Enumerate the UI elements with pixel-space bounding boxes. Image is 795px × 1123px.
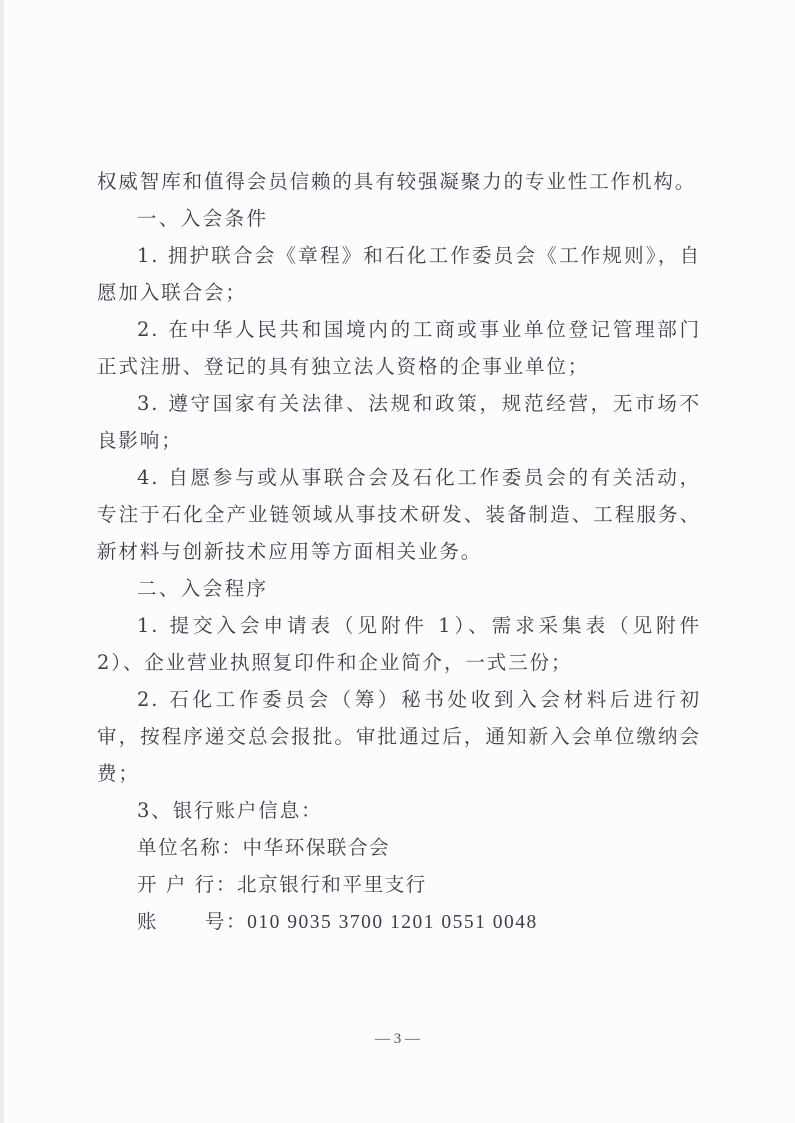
- bank-branch-value: 北京银行和平里支行: [237, 873, 427, 896]
- page-number: — 3 —: [0, 1031, 795, 1048]
- document-body: 权威智库和值得会员信赖的具有较强凝聚力的专业性工作机构。 一、入会条件 1. 拥…: [97, 163, 701, 941]
- bank-info-account: 账 号：010 9035 3700 1201 0551 0048: [97, 903, 701, 941]
- procedure-item-2: 2. 石化工作委员会（筹）秘书处收到入会材料后进行初审，按程序递交总会报批。审批…: [97, 681, 701, 792]
- bank-unit-name-label: 单位名称：: [137, 836, 243, 859]
- bank-branch-label: 开 户 行：: [137, 873, 237, 896]
- bank-info-unit-name: 单位名称：中华环保联合会: [97, 829, 701, 866]
- condition-item-4: 4. 自愿参与或从事联合会及石化工作委员会的有关活动，专注于石化全产业链领域从事…: [97, 459, 701, 570]
- bank-unit-name-value: 中华环保联合会: [243, 836, 391, 859]
- bank-account-label: 账 号：: [137, 910, 247, 933]
- section-heading-membership-procedure: 二、入会程序: [97, 570, 701, 607]
- condition-item-2: 2. 在中华人民共和国境内的工商或事业单位登记管理部门正式注册、登记的具有独立法…: [97, 311, 701, 385]
- section-heading-membership-conditions: 一、入会条件: [97, 200, 701, 237]
- procedure-item-1: 1. 提交入会申请表（见附件 1）、需求采集表（见附件 2）、企业营业执照复印件…: [97, 607, 701, 681]
- condition-item-1: 1. 拥护联合会《章程》和石化工作委员会《工作规则》，自愿加入联合会；: [97, 237, 701, 311]
- page-edge-shadow: [0, 0, 4, 1123]
- document-page: 权威智库和值得会员信赖的具有较强凝聚力的专业性工作机构。 一、入会条件 1. 拥…: [0, 0, 795, 1123]
- bank-info-bank: 开 户 行：北京银行和平里支行: [97, 866, 701, 903]
- intro-paragraph-tail: 权威智库和值得会员信赖的具有较强凝聚力的专业性工作机构。: [97, 163, 701, 200]
- procedure-item-3: 3、银行账户信息：: [97, 792, 701, 829]
- bank-account-number: 010 9035 3700 1201 0551 0048: [247, 912, 538, 933]
- condition-item-3: 3. 遵守国家有关法律、法规和政策，规范经营，无市场不良影响；: [97, 385, 701, 459]
